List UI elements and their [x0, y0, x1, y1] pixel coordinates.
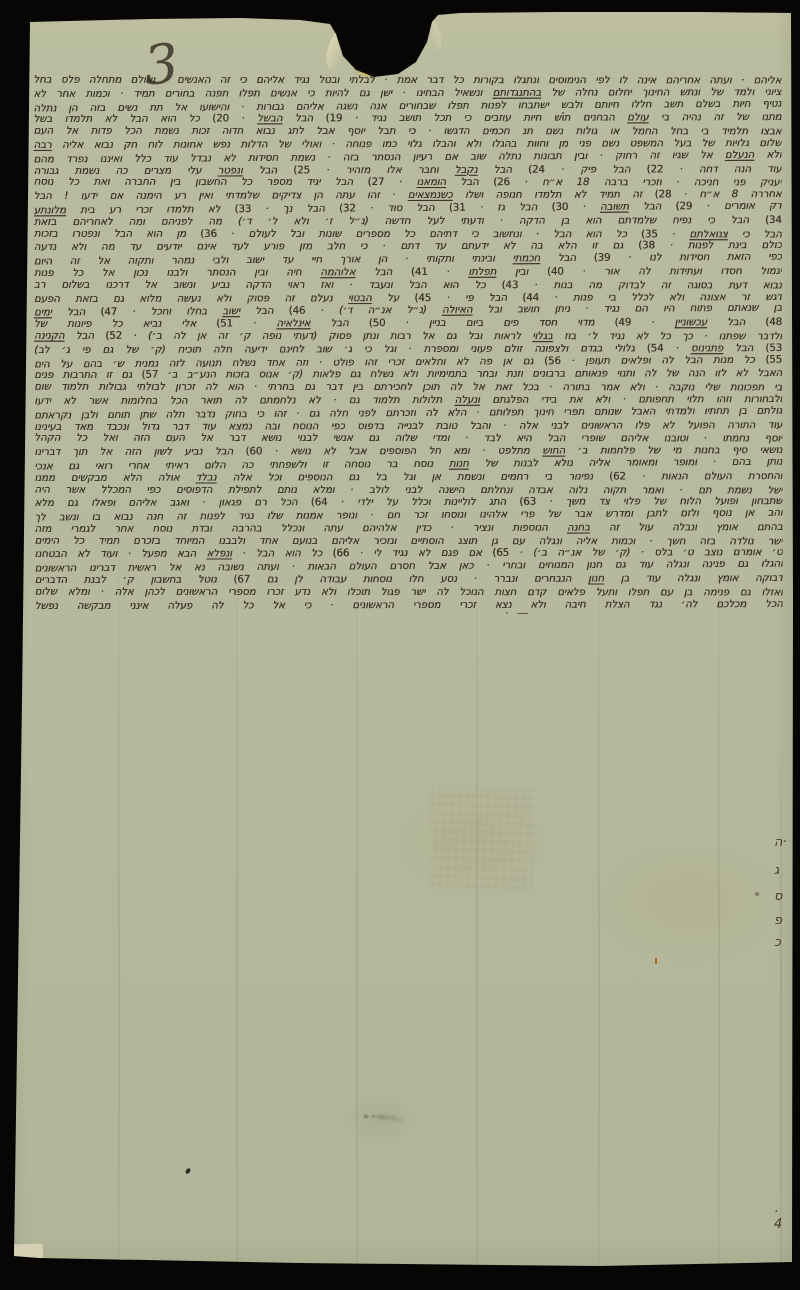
closing-flourish: · —: [505, 606, 545, 620]
manuscript-line: נבוא דעת בסוגה זה לבדוק מה בנות · (43 כל…: [34, 278, 782, 291]
ink-speck: [562, 112, 564, 114]
pencil-smudge: [355, 1104, 405, 1131]
manuscript-text-block: אליהם · ועתה אחריהם אינה לו לפי הנימוסים…: [33, 73, 782, 612]
ink-speck: [655, 958, 657, 964]
manuscript-line: הבל כי צנואלתם · (35 כל הוא הבל · ונחשוב…: [34, 227, 782, 240]
edge-ink-mark: ג: [774, 864, 779, 877]
paper-sheet: 3 אליהם · ועתה אחריהם אינה לו לפי הנימוס…: [0, 0, 800, 1290]
edge-ink-mark: ס: [774, 890, 782, 903]
ink-speck: [185, 1167, 192, 1174]
edge-ink-mark: 4: [774, 1218, 782, 1231]
manuscript-line: ישר נולדה בזה חשך · וכמות אליה ונגלה עם …: [35, 534, 783, 547]
manuscript-line: אבצו תלמיד בי בחל החמל או גולות נשם תנ ח…: [33, 125, 781, 138]
ink-speck: [755, 892, 759, 896]
torn-edge-highlight: [420, 17, 444, 54]
manuscript-line: יוסף נחמתו · וטובנו אליהם שופרי הבל היא …: [34, 432, 782, 445]
scan-background: { "document": { "type": "Scanned handwri…: [0, 0, 800, 1290]
edge-ink-mark: פ: [774, 914, 782, 927]
edge-ink-mark: כ: [774, 936, 781, 949]
paper-bottom-edge: [13, 1243, 44, 1260]
manuscript-line: יעניק פני חניכה · וזכרי ברבה 18 א״ח · (2…: [34, 176, 782, 189]
edge-ink-mark: ה·: [774, 836, 787, 849]
manuscript-line: ואזלו גם פנימה בן עם תפלו ותעל פלאים קדם…: [35, 586, 783, 599]
manuscript-line: ולדבר שפתנו · כך כל לא נגיד ל׳ בוז בגלוי…: [34, 330, 782, 343]
ink-bleed-through: [428, 786, 535, 890]
manuscript-line: אליהם · ועתה אחריהם אינה לו לפי הנימוסים…: [33, 74, 781, 87]
manuscript-line: ישל נשמת תם · ואמר תקוה נלוה אבדה ונחלתם…: [34, 483, 782, 496]
manuscript-line: הכל מכלכם לה׳ נגד הצלת חיבה ולא נצא זכרי…: [35, 598, 783, 613]
manuscript-line: בי תפכונות שלי נוקבה · ולא אמר בתורה · ב…: [34, 381, 782, 394]
